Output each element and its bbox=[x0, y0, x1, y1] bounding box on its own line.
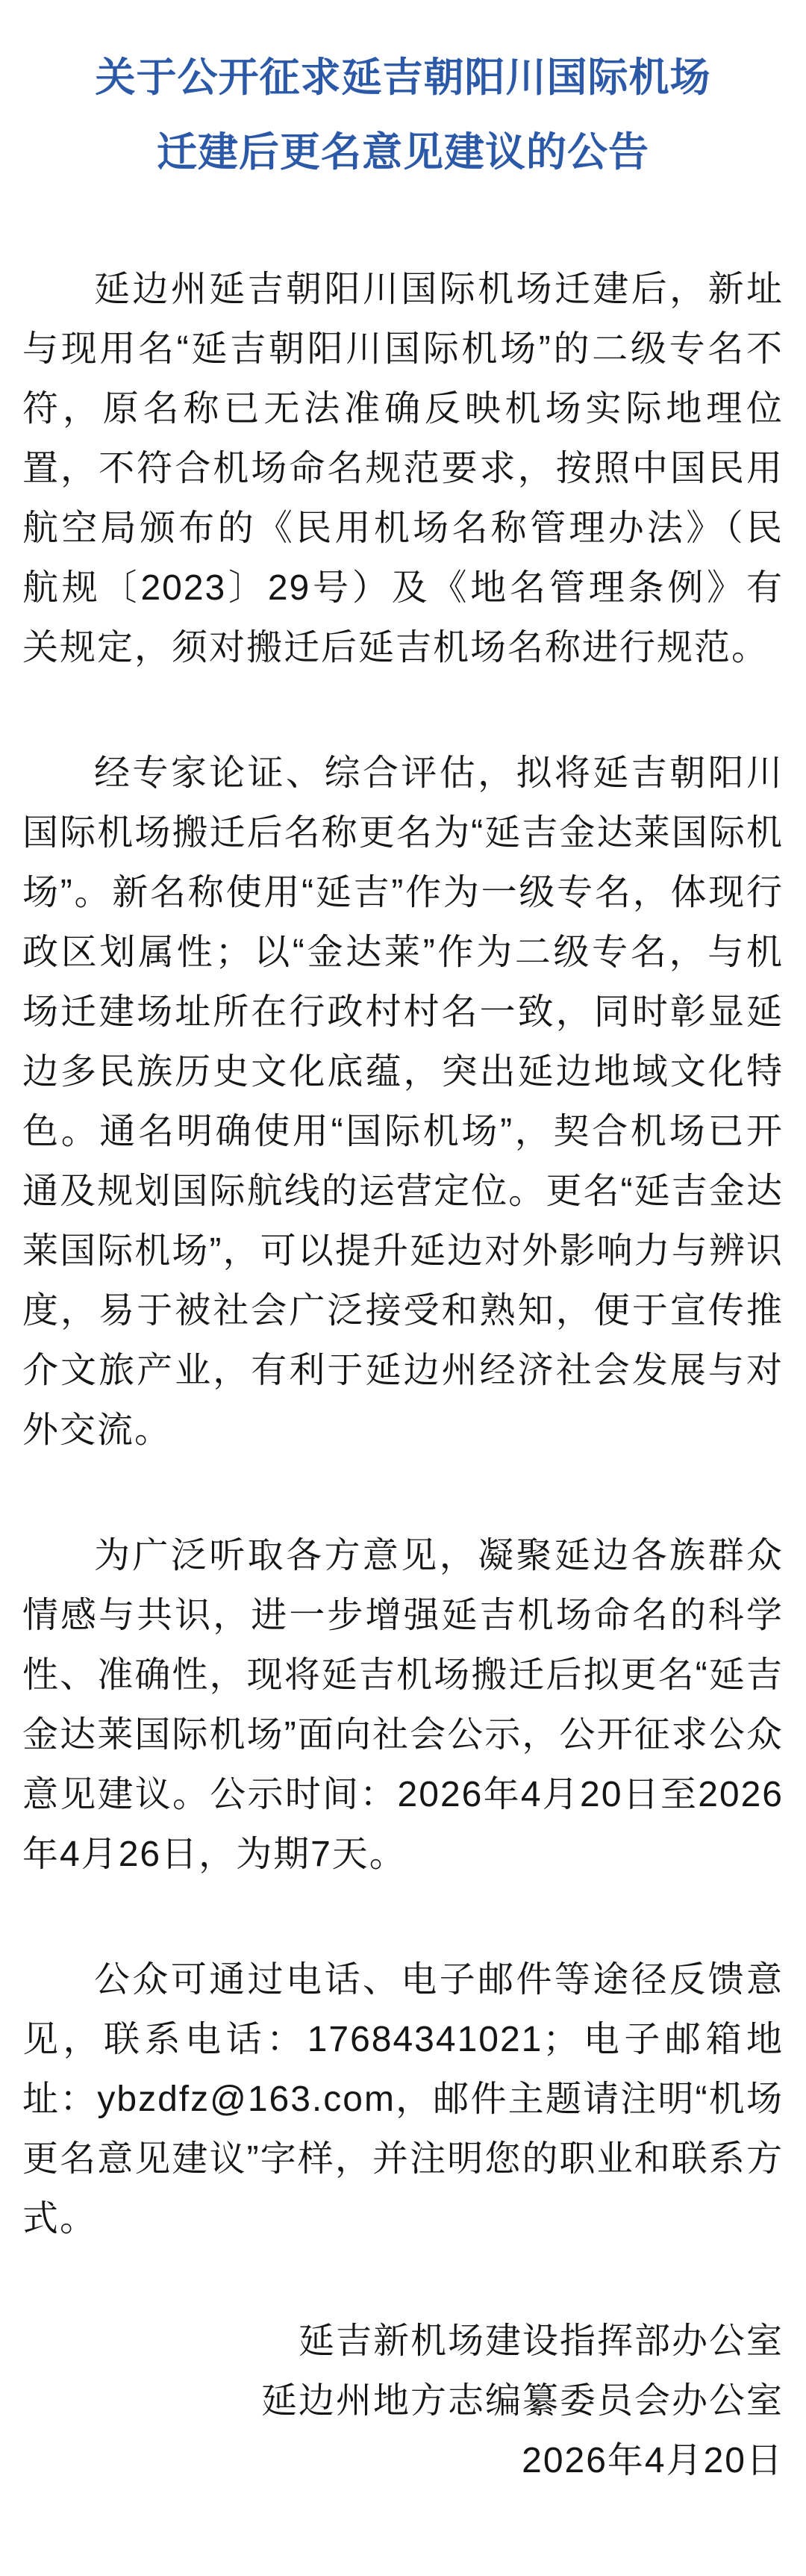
signature-org-2: 延边州地方志编纂委员会办公室 bbox=[22, 2371, 784, 2431]
signature-org-1: 延吉新机场建设指挥部办公室 bbox=[22, 2312, 784, 2371]
paragraph-new-name-rationale: 经专家论证、综合评估，拟将延吉朝阳川国际机场搬迁后名称更名为“延吉金达莱国际机场… bbox=[22, 744, 784, 1460]
signature-block: 延吉新机场建设指挥部办公室 延边州地方志编纂委员会办公室 2026年4月20日 bbox=[22, 2312, 784, 2491]
page-title-line-2: 迁建后更名意见建议的公告 bbox=[22, 115, 784, 190]
paragraph-renaming-reason: 延边州延吉朝阳川国际机场迁建后，新址与现用名“延吉朝阳川国际机场”的二级专名不符… bbox=[22, 260, 784, 678]
page-title: 关于公开征求延吉朝阳川国际机场 迁建后更名意见建议的公告 bbox=[22, 40, 784, 190]
paragraph-publicity-period: 为广泛听取各方意见，凝聚延边各族群众情感与共识，进一步增强延吉机场命名的科学性、… bbox=[22, 1526, 784, 1885]
paragraph-feedback-channels: 公众可通过电话、电子邮件等途径反馈意见，联系电话：17684341021；电子邮… bbox=[22, 1950, 784, 2249]
signature-date: 2026年4月20日 bbox=[22, 2431, 784, 2491]
page-title-line-1: 关于公开征求延吉朝阳川国际机场 bbox=[22, 40, 784, 115]
announcement-page: 关于公开征求延吉朝阳川国际机场 迁建后更名意见建议的公告 延边州延吉朝阳川国际机… bbox=[0, 0, 806, 2576]
